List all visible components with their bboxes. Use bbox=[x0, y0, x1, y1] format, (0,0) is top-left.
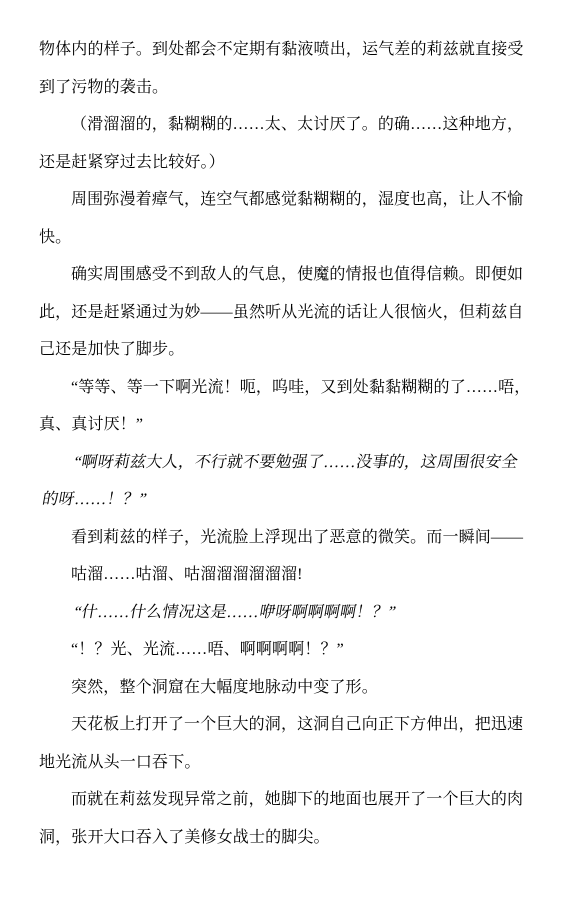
text-line-emphasis: “什……什么情况这是……咿呀啊啊啊啊！？” bbox=[39, 594, 585, 632]
text-line: 地光流从头一口吞下。 bbox=[39, 744, 585, 782]
text-line-emphasis: “啊呀莉兹大人，不行就不要勉强了……没事的，这周围很安全 bbox=[39, 444, 585, 482]
text-line: 真、真讨厌！” bbox=[39, 406, 585, 444]
text-line: 咕溜……咕溜、咕溜溜溜溜溜溜! bbox=[39, 556, 585, 594]
text-line: 而就在莉兹发现异常之前，她脚下的地面也展开了一个巨大的肉 bbox=[39, 781, 585, 819]
text-line: 快。 bbox=[39, 219, 585, 257]
novel-text-body: 物体内的样子。到处都会不定期有黏液喷出，运气差的莉兹就直接受到了污物的袭击。（滑… bbox=[39, 31, 585, 856]
text-line: 周围弥漫着瘴气，连空气都感觉黏糊糊的，湿度也高，让人不愉 bbox=[39, 181, 585, 219]
text-line: 到了污物的袭击。 bbox=[39, 69, 585, 107]
text-line: 己还是加快了脚步。 bbox=[39, 331, 585, 369]
text-line: 看到莉兹的样子，光流脸上浮现出了恶意的微笑。而一瞬间—— bbox=[39, 519, 585, 557]
text-line: 洞，张开大口吞入了美修女战士的脚尖。 bbox=[39, 819, 585, 857]
text-line: （滑溜溜的，黏糊糊的……太、太讨厌了。的确……这种地方， bbox=[39, 106, 585, 144]
text-line: 物体内的样子。到处都会不定期有黏液喷出，运气差的莉兹就直接受 bbox=[39, 31, 585, 69]
text-line: “！？光、光流……唔、啊啊啊啊！？” bbox=[39, 631, 585, 669]
text-line: 此，还是赶紧通过为妙——虽然听从光流的话让人很恼火，但莉兹自 bbox=[39, 294, 585, 332]
text-line: 突然，整个洞窟在大幅度地脉动中变了形。 bbox=[39, 669, 585, 707]
text-line: 天花板上打开了一个巨大的洞，这洞自己向正下方伸出，把迅速 bbox=[39, 706, 585, 744]
text-line: 还是赶紧穿过去比较好。） bbox=[39, 144, 585, 182]
novel-reader-page: 物体内的样子。到处都会不定期有黏液喷出，运气差的莉兹就直接受到了污物的袭击。（滑… bbox=[0, 0, 585, 897]
text-line: 确实周围感受不到敌人的气息，使魔的情报也值得信赖。即便如 bbox=[39, 256, 585, 294]
text-line: “等等、等一下啊光流！呃，呜哇，又到处黏黏糊糊的了……唔， bbox=[39, 369, 585, 407]
text-line-emphasis: 的呀……！？” bbox=[39, 481, 585, 519]
